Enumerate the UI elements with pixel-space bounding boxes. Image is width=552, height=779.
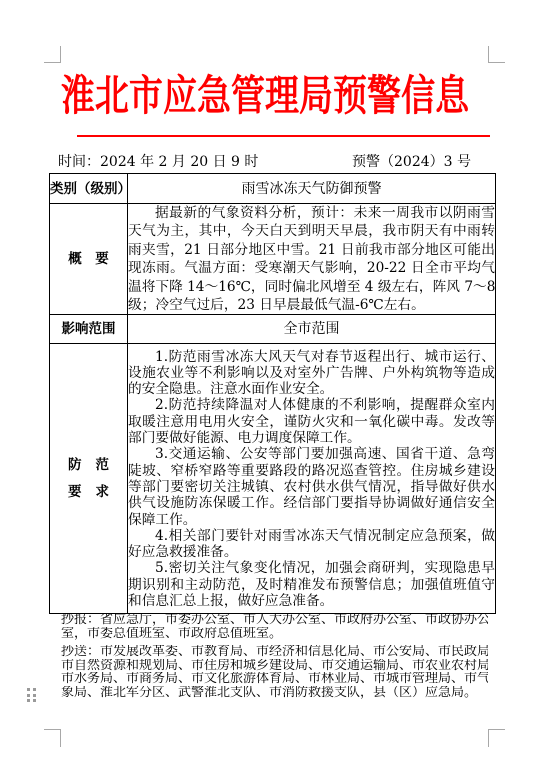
report-to-line: 抄报：省应急厅，市委办公室、市人大办公室、市政府办公室、市政协办公: [61, 613, 488, 627]
crop-mark-top-right: [488, 46, 505, 63]
crop-mark-top-left: [44, 46, 61, 63]
crop-mark-bottom-left: [44, 729, 61, 747]
requirement-item-3: 3.交通运输、公安等部门要加强高速、国省干道、急弯 陡坡、窄桥窄路等重要路段的路…: [128, 446, 495, 527]
distribution-footer[interactable]: 抄报：省应急厅，市委办公室、市人大办公室、市政府办公室、市政协办公 室，市委总值…: [61, 613, 488, 700]
copy-to-line: 抄送：市发展改革委、市教育局、市经济和信息化局、市公安局、市民政局、: [61, 645, 488, 659]
drag-handle-icon[interactable]: [27, 688, 36, 702]
scope-value[interactable]: 全市范围: [128, 315, 496, 344]
category-label: 类别（级别）: [50, 174, 128, 204]
masthead: 淮北市应急管理局预警信息: [0, 68, 531, 124]
summary-line: 雨夹雪，21 日部分地区中雪。21 日前我市部分地区可能出: [128, 241, 495, 259]
red-divider-line: [77, 135, 490, 137]
requirement-line: 部门要做好能源、电力调度保障工作。: [128, 430, 495, 446]
summary-line: 现冻雨。气温方面：受寒潮天气影响，20-22 日全市平均气: [128, 259, 495, 277]
requirement-line: 设施农业等不利影响以及对室外广告牌、户外构筑物等造成: [128, 365, 495, 381]
requirement-item-2: 2.防范持续降温对人体健康的不利影响，提醒群众室内 取暖注意用电用火安全，谨防火…: [128, 397, 495, 446]
issue-time: 时间：2024 年 2 月 20 日 9 时: [58, 153, 258, 171]
requirement-line: 的安全隐患。注意水面作业安全。: [128, 381, 495, 397]
table-row-category: 类别（级别） 雨雪冰冻天气防御预警: [50, 174, 496, 204]
crop-mark-bottom-right: [488, 729, 505, 747]
category-value[interactable]: 雨雪冰冻天气防御预警: [128, 174, 496, 204]
warning-table: 类别（级别） 雨雪冰冻天气防御预警 概 要 据最新的气象资料分析，预计：未来一周…: [49, 173, 496, 614]
requirement-item-5: 5.密切关注气象变化情况，加强会商研判，实现隐患早 期识别和主动防范，及时精准发…: [128, 560, 495, 609]
summary-line: 温将下降 14～16℃，同时偏北风增至 4 级左右，阵风 7～8: [128, 278, 495, 296]
requirements-label-line: 要求: [50, 479, 127, 506]
table-row-requirements: 防范 要求 1.防范雨雪冰冻大风天气对春节返程出行、城市运行、 设施农业等不利影…: [50, 344, 496, 614]
requirement-line: 3.交通运输、公安等部门要加强高速、国省干道、急弯: [128, 446, 495, 462]
table-row-scope: 影响范围 全市范围: [50, 315, 496, 344]
document-number: 预警（2024）3 号: [352, 153, 471, 171]
requirement-line: 期识别和主动防范，及时精准发布预警信息；加强值班值守: [128, 577, 495, 593]
scope-label: 影响范围: [50, 315, 128, 344]
copy-to-paragraph: 抄送：市发展改革委、市教育局、市经济和信息化局、市公安局、市民政局、 市自然资源…: [61, 645, 488, 699]
requirement-line: 2.防范持续降温对人体健康的不利影响，提醒群众室内: [128, 397, 495, 413]
summary-line: 天气为主，其中，今天白天到明天早晨，我市阴天有中雨转: [128, 222, 495, 240]
summary-line: 级；冷空气过后，23 日早晨最低气温-6℃左右。: [128, 296, 495, 314]
requirement-line: 4.相关部门要针对雨雪冰冻天气情况制定应急预案，做: [128, 528, 495, 544]
requirement-item-1: 1.防范雨雪冰冻大风天气对春节返程出行、城市运行、 设施农业等不利影响以及对室外…: [128, 349, 495, 398]
report-to-paragraph: 抄报：省应急厅，市委办公室、市人大办公室、市政府办公室、市政协办公 室，市委总值…: [61, 613, 488, 640]
requirement-line: 取暖注意用电用火安全，谨防火灾和一氧化碳中毒。发改等: [128, 414, 495, 430]
copy-to-line: 市水务局、市商务局、市文化旅游体育局、市林业局、市城市管理局、市气: [61, 672, 488, 686]
summary-text[interactable]: 据最新的气象资料分析，预计：未来一周我市以阴雨雪 天气为主，其中，今天白天到明天…: [128, 204, 496, 315]
requirements-label: 防范 要求: [50, 344, 128, 614]
requirement-line: 供气设施防冻保暖工作。经信部门要指导协调做好通信安全: [128, 495, 495, 511]
copy-to-line: 市自然资源和规划局、市住房和城乡建设局、市交通运输局、市农业农村局、: [61, 659, 488, 673]
requirement-line: 好应急救援准备。: [128, 544, 495, 560]
report-to-line: 室，市委总值班室、市政府总值班室。: [61, 627, 488, 641]
requirement-line: 等部门要密切关注城镇、农村供水供气情况，指导做好供水: [128, 479, 495, 495]
requirement-line: 1.防范雨雪冰冻大风天气对春节返程出行、城市运行、: [128, 349, 495, 365]
requirement-line: 保障工作。: [128, 512, 495, 528]
requirement-line: 陡坡、窄桥窄路等重要路段的路况巡查管控。住房城乡建设: [128, 463, 495, 479]
document-title: 淮北市应急管理局预警信息: [61, 68, 469, 124]
copy-to-line: 象局、淮北军分区、武警淮北支队、市消防救援支队，县（区）应急局。: [61, 686, 488, 700]
requirement-line: 5.密切关注气象变化情况，加强会商研判，实现隐患早: [128, 560, 495, 576]
requirements-text[interactable]: 1.防范雨雪冰冻大风天气对春节返程出行、城市运行、 设施农业等不利影响以及对室外…: [128, 344, 496, 614]
requirements-label-line: 防范: [50, 452, 127, 479]
table-row-summary: 概 要 据最新的气象资料分析，预计：未来一周我市以阴雨雪 天气为主，其中，今天白…: [50, 204, 496, 315]
summary-label: 概 要: [50, 204, 128, 315]
requirement-item-4: 4.相关部门要针对雨雪冰冻天气情况制定应急预案，做 好应急救援准备。: [128, 528, 495, 561]
summary-line: 据最新的气象资料分析，预计：未来一周我市以阴雨雪: [128, 204, 495, 222]
requirement-line: 和信息汇总上报，做好应急准备。: [128, 593, 495, 609]
